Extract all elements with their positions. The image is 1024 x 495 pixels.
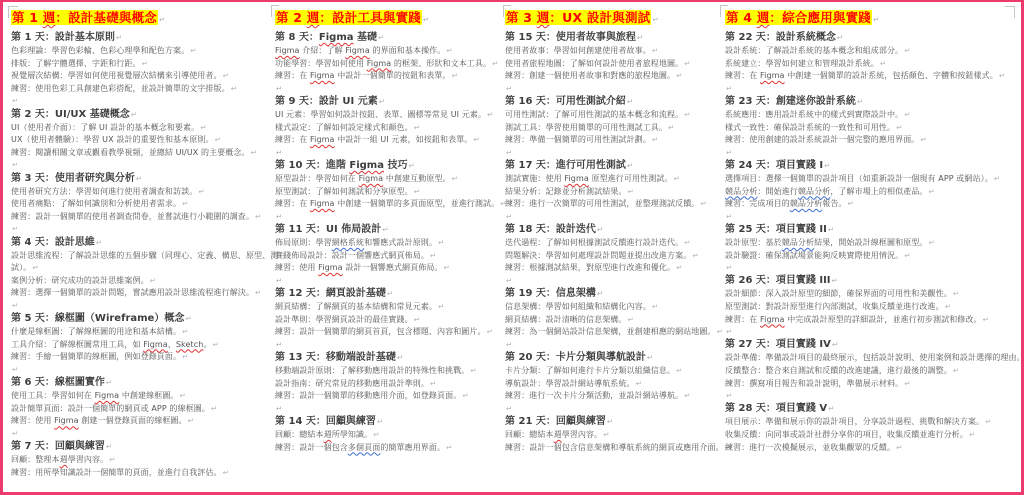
curriculum-line: 練習：在 Figma 中完成設計原型的詳細設計，並進行初步測試和修改。↵ [725,314,1021,327]
day-title: 第 8 天：Figma 基礎↵ [275,31,497,45]
paragraph-mark-icon: ↵ [873,15,879,24]
day-block: 第 20 天：卡片分類與導航設計↵卡片分類：了解如何進行卡片分類以組織信息。↵導… [505,351,717,403]
curriculum-line: 結果分析：記錄並分析測試結果。↵ [505,186,717,199]
curriculum-line: 練習：閱讀相關文章或觀看教學視頻，並總結 UI/UX 的主要概念。↵ [11,147,265,160]
paragraph-mark-icon: ↵ [828,404,834,413]
curriculum-line: 系統應用：應用設計系統中的樣式到實際設計中。↵ [725,109,1021,122]
paragraph-mark-icon: ↵ [506,84,512,93]
curriculum-line: 網頁結構：設計清晰的信息架構。↵ [505,314,717,327]
paragraph-mark-icon: ↵ [994,174,1000,183]
curriculum-line: 樣式設定：了解如何設定樣式和顏色。↵ [275,122,497,135]
paragraph-mark-icon: ↵ [198,187,204,196]
paragraph-mark-icon: ↵ [438,302,444,311]
paragraph-mark-icon: ↵ [188,416,194,425]
curriculum-line: UI 元素：學習如何設計按鈕、表單、圖標等常見 UI 元素。↵ [275,109,497,122]
paragraph-mark-icon: ↵ [627,97,633,106]
paragraph-mark-icon: ↵ [182,327,188,336]
day-block: 第 23 天：創建迷你設計系統↵系統應用：應用設計系統中的樣式到實際設計中。↵樣… [725,95,1021,147]
day-title: 第 25 天：項目實踐 II↵ [725,223,1021,237]
curriculum-line: 原型測試：了解如何測試和分享原型。↵ [275,186,497,199]
day-block: 第 27 天：項目實踐 IV↵設計準備：準備設計項目的最終展示，包括設計說明、使… [725,338,1021,390]
paragraph-mark-icon: ↵ [636,379,642,388]
curriculum-line: 設計細節：深入設計原型的細節，確保界面的可用性和美觀性。↵ [725,288,1021,301]
paragraph-mark-icon: ↵ [837,33,843,42]
curriculum-line: 設計準則：學習網頁設計的最佳實踐。↵ [275,314,497,327]
curriculum-line: 工具介紹：了解線框圖常用工具，如 Figma、Sketch。↵ [11,339,265,352]
paragraph-mark-icon: ↵ [896,443,902,452]
paragraph-mark-icon: ↵ [276,212,282,221]
paragraph-mark-icon: ↵ [414,315,420,324]
empty-paragraph: ↵ [11,364,265,376]
curriculum-line: 練習：進行一次模擬展示，並收集觀眾的反饋。↵ [725,442,1021,455]
curriculum-line: 練習：創建一個使用者故事和對應的旅程地圖。↵ [505,70,717,83]
paragraph-mark-icon: ↵ [929,238,935,247]
paragraph-mark-icon: ↵ [470,366,476,375]
day-title: 第 27 天：項目實踐 IV↵ [725,338,1021,352]
paragraph-mark-icon: ↵ [200,123,206,132]
curriculum-line: 設計思維流程：了解設計思維的五個步驟（同理心、定義、構思、原型、測↵ [11,250,265,263]
paragraph-mark-icon: ↵ [920,135,926,144]
curriculum-line: 練習：使用 Figma 設計一個響應式網頁佈局。↵ [275,262,497,275]
paragraph-mark-icon: ↵ [983,315,989,324]
paragraph-mark-icon: ↵ [182,352,188,361]
curriculum-line: 回顧：整理本週學習內容。↵ [11,454,265,467]
empty-paragraph: ↵ [725,390,1021,402]
curriculum-line: 練習：手繪一個簡單的線框圖，例如登錄頁面。↵ [11,351,265,364]
curriculum-line: 設計系統：了解設計系統的基本概念和組成部分。↵ [725,45,1021,58]
curriculum-line: 練習：選擇一個簡單的設計問題，嘗試應用設計思維流程進行解決。↵ [11,287,265,300]
curriculum-line: UX（使用者體驗）：學習 UX 設計的重要性和基本原則。↵ [11,134,265,147]
empty-paragraph: ↵ [505,275,717,287]
paragraph-mark-icon: ↵ [904,379,910,388]
curriculum-line: 使用者痛點：了解如何識別和分析使用者需求。↵ [11,198,265,211]
paragraph-mark-icon: ↵ [414,123,420,132]
curriculum-line: 問題解決：學習如何處理設計問題並提出改進方案。↵ [505,250,717,263]
day-title: 第 18 天：設計迭代↵ [505,223,717,237]
curriculum-line: 迭代過程：了解如何根據測試反饋進行設計迭代。↵ [505,237,717,250]
paragraph-mark-icon: ↵ [180,391,186,400]
day-block: 第 22 天：設計系統概念↵設計系統：了解設計系統的基本概念和組成部分。↵系統建… [725,31,1021,83]
paragraph-mark-icon: ↵ [726,263,732,272]
paragraph-mark-icon: ↵ [506,212,512,221]
curriculum-line: 設計原型：基於競品分析結果，開始設計線框圖和原型。↵ [725,237,1021,250]
paragraph-mark-icon: ↵ [276,84,282,93]
day-block: 第 4 天：設計思維↵設計思維流程：了解設計思維的五個步驟（同理心、定義、構思、… [11,236,265,300]
column-boundary-mark [720,5,728,17]
paragraph-mark-icon: ↵ [397,353,403,362]
paragraph-mark-icon: ↵ [607,417,613,426]
paragraph-mark-icon: ↵ [12,224,18,233]
paragraph-mark-icon: ↵ [215,135,221,144]
paragraph-mark-icon: ↵ [832,276,838,285]
curriculum-line: 實踐佈局設計：設計一個響應式網頁佈局。↵ [275,250,497,263]
paragraph-mark-icon: ↵ [597,225,603,234]
week-title: 第 2 週：設計工具與實踐 [275,10,422,25]
day-title: 第 11 天：UI 佈局設計↵ [275,223,497,237]
curriculum-line: 設計驗證：確保測試場景能夠反映實際使用情況。↵ [725,250,1021,263]
day-title: 第 20 天：卡片分類與導航設計↵ [505,351,717,365]
day-title: 第 15 天：使用者故事與旅程↵ [505,31,717,45]
curriculum-line: 導航設計：學習設計網站導航系統。↵ [505,378,717,391]
week-column: 第 4 週：綜合應用與實踐↵第 22 天：設計系統概念↵設計系統：了解設計系統的… [725,7,1021,479]
paragraph-mark-icon: ↵ [430,379,436,388]
paragraph-mark-icon: ↵ [150,276,156,285]
curriculum-line: 練習：設計一個簡單的使用者調查問卷，並嘗試進行小範圍的調查。↵ [11,211,265,224]
curriculum-line: 練習：設計一個簡單的網頁首頁，包含標題、內容和圖片。↵ [275,326,497,339]
curriculum-line: 原型設計：學習如何在 Figma 中創建互動原型。↵ [275,173,497,186]
curriculum-line: 練習：在 Figma 中設計一組 UI 元素，如按鈕和表單。↵ [275,134,497,147]
curriculum-line: 練習：使用色彩工具創建色彩搭配，並設計簡單的文字排版。↵ [11,83,265,96]
text-boundary-mark [8,6,18,18]
paragraph-mark-icon: ↵ [382,225,388,234]
curriculum-line: 練習：根據測試結果，對原型進行改進和優化。↵ [505,262,717,275]
curriculum-line: 設計準備：準備設計項目的最終展示，包括設計說明、使用案例和設計選擇的理由。↵ [725,352,1021,365]
paragraph-mark-icon: ↵ [473,135,479,144]
paragraph-mark-icon: ↵ [857,97,863,106]
paragraph-mark-icon: ↵ [824,161,830,170]
curriculum-line: 練習：設計一個包含信息架構和導航系統的網頁或應用介面。↵ [505,442,717,455]
text-boundary-mark [1005,6,1015,18]
paragraph-mark-icon: ↵ [506,276,512,285]
day-block: 第 15 天：使用者故事與旅程↵使用者故事：學習如何創建使用者故事。↵使用者旅程… [505,31,717,83]
day-block: 第 24 天：項目實踐 I↵選擇項目：選擇一個簡單的設計項目（如重新設計一個現有… [725,159,1021,211]
paragraph-mark-icon: ↵ [12,96,18,105]
curriculum-line: UI（使用者介面）：了解 UI 設計的基本概念和要素。↵ [11,122,265,135]
curriculum-line: 原型測試：對設計原型進行內部測試，收集反饋並進行改進。↵ [725,301,1021,314]
paragraph-mark-icon: ↵ [717,327,723,336]
day-block: 第 14 天：回顧與練習↵回顧：總結本週所學知識。↵練習：設計一個包含多個頁面的… [275,415,497,454]
paragraph-mark-icon: ↵ [726,327,732,336]
paragraph-mark-icon: ↵ [131,110,137,119]
paragraph-mark-icon: ↵ [832,340,838,349]
curriculum-line: 測試工具：學習使用簡單的可用性測試工具。↵ [505,122,717,135]
day-block: 第 26 天：項目實踐 III↵設計細節：深入設計原型的細節，確保界面的可用性和… [725,274,1021,326]
day-block: 第 7 天：回顧與練習↵回顧：整理本週學習內容。↵練習：用所學知識設計一個簡單的… [11,440,265,479]
day-block: 第 19 天：信息架構↵信息架構：學習如何組織和結構化內容。↵網頁結構：設計清晰… [505,287,717,339]
curriculum-line: 使用者研究方法：學習如何進行使用者調查和訪談。↵ [11,186,265,199]
empty-paragraph: ↵ [11,159,265,171]
paragraph-mark-icon: ↵ [726,391,732,400]
paragraph-mark-icon: ↵ [603,430,609,439]
paragraph-mark-icon: ↵ [676,71,682,80]
day-block: 第 5 天：線框圖（Wireframe）概念↵什麼是線框圖：了解線框圖的用途和基… [11,312,265,364]
paragraph-mark-icon: ↵ [255,288,261,297]
week-header: 第 4 週：綜合應用與實踐↵ [725,7,1021,29]
empty-paragraph: ↵ [275,339,497,351]
paragraph-mark-icon: ↵ [896,123,902,132]
day-title: 第 19 天：信息架構↵ [505,287,717,301]
empty-paragraph: ↵ [275,275,497,287]
curriculum-line: 收集反饋：向同事或設計社群分享你的項目，收集反饋並進行分析。↵ [725,429,1021,442]
paragraph-mark-icon: ↵ [700,199,706,208]
paragraph-mark-icon: ↵ [387,289,393,298]
curriculum-line: 練習：為一個網站設計信息架構，並創建相應的網站地圖。↵ [505,326,717,339]
paragraph-mark-icon: ↵ [182,199,188,208]
curriculum-line: 使用者故事：學習如何創建使用者故事。↵ [505,45,717,58]
paragraph-mark-icon: ↵ [276,148,282,157]
paragraph-mark-icon: ↵ [423,15,429,24]
paragraph-mark-icon: ↵ [185,314,191,323]
paragraph-mark-icon: ↵ [373,430,379,439]
paragraph-mark-icon: ↵ [880,59,886,68]
day-block: 第 1 天：設計基本原則↵色彩理論：學習色彩輪、色彩心理學和配色方案。↵排版：了… [11,31,265,95]
paragraph-mark-icon: ↵ [255,212,261,221]
paragraph-mark-icon: ↵ [726,84,732,93]
paragraph-mark-icon: ↵ [414,187,420,196]
day-block: 第 9 天：設計 UI 元素↵UI 元素：學習如何設計按鈕、表單、圖標等常見 U… [275,95,497,147]
column-boundary-mark [503,5,511,17]
paragraph-mark-icon: ↵ [276,340,282,349]
paragraph-mark-icon: ↵ [190,46,196,55]
curriculum-line: 排版：了解字體選擇、字距和行距。↵ [11,58,265,71]
empty-paragraph: ↵ [725,147,1021,159]
curriculum-line: 佈局原則：學習網格系統和響應式設計原則。↵ [275,237,497,250]
paragraph-mark-icon: ↵ [223,468,229,477]
paragraph-mark-icon: ↵ [452,71,458,80]
paragraph-mark-icon: ↵ [136,174,142,183]
paragraph-mark-icon: ↵ [828,225,834,234]
paragraph-mark-icon: ↵ [438,238,444,247]
paragraph-mark-icon: ↵ [652,46,658,55]
paragraph-mark-icon: ↵ [379,97,385,106]
paragraph-mark-icon: ↵ [446,46,452,55]
paragraph-mark-icon: ↵ [647,353,653,362]
empty-paragraph: ↵ [505,211,717,223]
day-block: 第 12 天：網頁設計基礎↵網頁結構：了解網頁的基本結構和常見元素。↵設計準則：… [275,287,497,339]
day-block: 第 17 天：進行可用性測試↵測試實施：使用 Figma 原型進行可用性測試。↵… [505,159,717,211]
paragraph-mark-icon: ↵ [12,365,18,374]
paragraph-mark-icon: ↵ [487,110,493,119]
curriculum-line: 什麼是線框圖：了解線框圖的用途和基本結構。↵ [11,326,265,339]
empty-paragraph: ↵ [505,339,717,351]
curriculum-line: 測試實施：使用 Figma 原型進行可用性測試。↵ [505,173,717,186]
curriculum-line: 卡片分類：了解如何進行卡片分類以組織信息。↵ [505,365,717,378]
day-block: 第 8 天：Figma 基礎↵Figma 介紹：了解 Figma 的界面和基本操… [275,31,497,83]
paragraph-mark-icon: ↵ [32,263,38,272]
paragraph-mark-icon: ↵ [211,404,217,413]
curriculum-line: 可用性測試：了解可用性測試的基本概念和流程。↵ [505,109,717,122]
paragraph-mark-icon: ↵ [430,251,436,260]
paragraph-mark-icon: ↵ [276,404,282,413]
curriculum-line: 練習：設計一個包含多個頁面的簡單應用界面。↵ [275,442,497,455]
week-header: 第 3 週：UX 設計與測試↵ [505,7,717,29]
day-title: 第 14 天：回顧與練習↵ [275,415,497,429]
day-block: 第 3 天：使用者研究與分析↵使用者研究方法：學習如何進行使用者調查和訪談。↵使… [11,172,265,224]
paragraph-mark-icon: ↵ [12,429,18,438]
paragraph-mark-icon: ↵ [142,59,148,68]
paragraph-mark-icon: ↵ [506,404,512,413]
empty-paragraph: ↵ [505,147,717,159]
paragraph-mark-icon: ↵ [251,148,257,157]
paragraph-mark-icon: ↵ [213,340,219,349]
paragraph-mark-icon: ↵ [652,15,658,24]
day-title: 第 4 天：設計思維↵ [11,236,265,250]
day-title: 第 10 天：進階 Figma 技巧↵ [275,159,497,173]
day-block: 第 18 天：設計迭代↵迭代過程：了解如何根據測試反饋進行設計迭代。↵問題解決：… [505,223,717,275]
day-block: 第 2 天：UI/UX 基礎概念↵UI（使用者介面）：了解 UI 設計的基本概念… [11,108,265,160]
day-title: 第 16 天：可用性測試介紹↵ [505,95,717,109]
paragraph-mark-icon: ↵ [628,187,634,196]
paragraph-mark-icon: ↵ [116,33,122,42]
curriculum-line: 功能學習：學習如何使用 Figma 的框架、形狀和文本工具。↵ [275,58,497,71]
paragraph-mark-icon: ↵ [652,135,658,144]
curriculum-line: 練習：完成項目的競品分析報告。↵ [725,198,1021,211]
day-block: 第 6 天：線框圖實作↵使用工具：學習如何在 Figma 中創建線框圖。↵設計簡… [11,376,265,428]
column-boundary-mark [271,5,279,17]
paragraph-mark-icon: ↵ [627,161,633,170]
day-title: 第 17 天：進行可用性測試↵ [505,159,717,173]
paragraph-mark-icon: ↵ [676,263,682,272]
paragraph-mark-icon: ↵ [652,302,658,311]
paragraph-mark-icon: ↵ [492,59,498,68]
paragraph-mark-icon: ↵ [12,160,18,169]
day-title: 第 13 天：移動端設計基礎↵ [275,351,497,365]
week-column: 第 3 週：UX 設計與測試↵第 15 天：使用者故事與旅程↵使用者故事：學習如… [505,7,717,479]
empty-paragraph: ↵ [275,211,497,223]
curriculum-line: 設計簡單頁面：設計一個簡單的網頁或 APP 的線框圖。↵ [11,403,265,416]
paragraph-mark-icon: ↵ [684,59,690,68]
curriculum-line: 項目展示：準備和展示你的設計項目，分享設計過程、挑戰和解決方案。↵ [725,416,1021,429]
day-block: 第 28 天：項目實踐 V↵項目展示：準備和展示你的設計項目，分享設計過程、挑戰… [725,402,1021,454]
empty-paragraph: ↵ [725,83,1021,95]
paragraph-mark-icon: ↵ [377,417,383,426]
curriculum-line: 練習：進行一次卡片分類活動，並設計網站導航。↵ [505,390,717,403]
curriculum-line: 競品分析：開始進行競品分析，了解市場上的相似產品。↵ [725,186,1021,199]
curriculum-line: 練習：在 Figma 中設計一個簡單的按鈕和表單。↵ [275,70,497,83]
curriculum-line: 信息架構：學習如何組織和結構化內容。↵ [505,301,717,314]
day-title: 第 24 天：項目實踐 I↵ [725,159,1021,173]
day-title: 第 9 天：設計 UI 元素↵ [275,95,497,109]
curriculum-line: 系統建立：學習如何建立和管理設計系統。↵ [725,58,1021,71]
week-column: 第 1 週：設計基礎與概念↵第 1 天：設計基本原則↵色彩理論：學習色彩輪、色彩… [11,7,265,479]
day-block: 第 21 天：回顧與練習↵回顧：總結本週學習內容。↵練習：設計一個包含信息架構和… [505,415,717,454]
curriculum-line: 視覺層次結構：學習如何使用視覺層次結構來引導使用者。↵ [11,70,265,83]
week-title: 第 1 週：設計基礎與概念 [11,10,158,25]
empty-paragraph: ↵ [725,211,1021,223]
day-block: 第 16 天：可用性測試介紹↵可用性測試：了解可用性測試的基本概念和流程。↵測試… [505,95,717,147]
paragraph-mark-icon: ↵ [597,289,603,298]
paragraph-mark-icon: ↵ [223,71,229,80]
paragraph-mark-icon: ↵ [444,263,450,272]
paragraph-mark-icon: ↵ [109,455,115,464]
paragraph-mark-icon: ↵ [676,366,682,375]
paragraph-mark-icon: ↵ [12,301,18,310]
curriculum-line: 反饋整合：整合來自測試和反饋的改進建議，進行最後的調整。↵ [725,365,1021,378]
curriculum-line: 練習：設計一個簡單的移動應用介面，如登錄頁面。↵ [275,390,497,403]
paragraph-mark-icon: ↵ [674,174,680,183]
paragraph-mark-icon: ↵ [945,302,951,311]
curriculum-line: 回顧：總結本週學習內容。↵ [505,429,717,442]
paragraph-mark-icon: ↵ [953,289,959,298]
curriculum-line: 使用者旅程地圖：了解如何設計使用者旅程地圖。↵ [505,58,717,71]
empty-paragraph: ↵ [725,326,1021,338]
paragraph-mark-icon: ↵ [231,84,237,93]
curriculum-line: 網頁結構：了解網頁的基本結構和常見元素。↵ [275,301,497,314]
paragraph-mark-icon: ↵ [692,251,698,260]
paragraph-mark-icon: ↵ [106,378,112,387]
day-block: 第 10 天：進階 Figma 技巧↵原型設計：學習如何在 Figma 中創建互… [275,159,497,211]
day-title: 第 2 天：UI/UX 基礎概念↵ [11,108,265,122]
day-title: 第 28 天：項目實踐 V↵ [725,402,1021,416]
curriculum-line: 選擇項目：選擇一個簡單的設計項目（如重新設計一個現有 APP 或網站）。↵ [725,173,1021,186]
paragraph-mark-icon: ↵ [726,148,732,157]
paragraph-mark-icon: ↵ [904,251,910,260]
paragraph-mark-icon: ↵ [668,123,674,132]
curriculum-line: 案例分析：研究成功的設計思維案例。↵ [11,275,265,288]
curriculum-line: 色彩理論：學習色彩輪、色彩心理學和配色方案。↵ [11,45,265,58]
day-title: 第 21 天：回顧與練習↵ [505,415,717,429]
paragraph-mark-icon: ↵ [904,46,910,55]
empty-paragraph: ↵ [505,403,717,415]
paragraph-mark-icon: ↵ [446,443,452,452]
curriculum-line: 練習：撰寫項目報告和設計說明，準備展示材料。↵ [725,378,1021,391]
paragraph-mark-icon: ↵ [159,15,165,24]
paragraph-mark-icon: ↵ [637,33,643,42]
paragraph-mark-icon: ↵ [929,187,935,196]
day-title: 第 6 天：線框圖實作↵ [11,376,265,390]
week-title: 第 4 週：綜合應用與實踐 [725,10,872,25]
curriculum-line: 移動端設計原則：了解移動應用設計的特殊性和挑戰。↵ [275,365,497,378]
curriculum-line: 練習：在 Figma 中創建一個簡單的多頁面原型，並進行測試。↵ [275,198,497,211]
curriculum-line: 回顧：總結本週所學知識。↵ [275,429,497,442]
day-block: 第 11 天：UI 佈局設計↵佈局原則：學習網格系統和響應式設計原則。↵實踐佈局… [275,223,497,275]
paragraph-mark-icon: ↵ [462,391,468,400]
paragraph-mark-icon: ↵ [684,391,690,400]
paragraph-mark-icon: ↵ [684,238,690,247]
curriculum-line: 使用工具：學習如何在 Figma 中創建線框圖。↵ [11,390,265,403]
week-title: 第 3 週：UX 設計與測試 [505,10,651,25]
curriculum-line: 練習：在 Figma 中創建一個簡單的設計系統，包括顏色、字體和按鈕樣式。↵ [725,70,1021,83]
curriculum-line: 練習：使用創建的設計系統設計一個完整的應用界面。↵ [725,134,1021,147]
paragraph-mark-icon: ↵ [96,238,102,247]
curriculum-line: 練習：準備一個簡單的可用性測試計劃。↵ [505,134,717,147]
day-title: 第 22 天：設計系統概念↵ [725,31,1021,45]
day-block: 第 25 天：項目實踐 II↵設計原型：基於競品分析結果，開始設計線框圖和原型。… [725,223,1021,262]
empty-paragraph: ↵ [11,95,265,107]
paragraph-mark-icon: ↵ [953,366,959,375]
empty-paragraph: ↵ [275,83,497,95]
paragraph-mark-icon: ↵ [487,327,493,336]
curriculum-line: Figma 介紹：了解 Figma 的界面和基本操作。↵ [275,45,497,58]
curriculum-line: 試）。↵ [11,262,265,275]
day-title: 第 23 天：創建迷你設計系統↵ [725,95,1021,109]
paragraph-mark-icon: ↵ [452,174,458,183]
document-page[interactable]: 第 1 週：設計基礎與概念↵第 1 天：設計基本原則↵色彩理論：學習色彩輪、色彩… [0,0,1024,495]
paragraph-mark-icon: ↵ [848,199,854,208]
week-header: 第 2 週：設計工具與實踐↵ [275,7,497,29]
paragraph-mark-icon: ↵ [378,33,384,42]
week-column: 第 2 週：設計工具與實踐↵第 8 天：Figma 基礎↵Figma 介紹：了解… [275,7,497,479]
paragraph-mark-icon: ↵ [969,430,975,439]
paragraph-mark-icon: ↵ [408,161,414,170]
day-title: 第 5 天：線框圖（Wireframe）概念↵ [11,312,265,326]
empty-paragraph: ↵ [11,223,265,235]
empty-paragraph: ↵ [11,300,265,312]
paragraph-mark-icon: ↵ [904,110,910,119]
day-title: 第 12 天：網頁設計基礎↵ [275,287,497,301]
curriculum-columns: 第 1 週：設計基礎與概念↵第 1 天：設計基本原則↵色彩理論：學習色彩輪、色彩… [3,2,1021,479]
curriculum-line: 練習：使用 Figma 創建一個登錄頁面的線框圖。↵ [11,415,265,428]
paragraph-mark-icon: ↵ [628,315,634,324]
paragraph-mark-icon: ↵ [684,110,690,119]
empty-paragraph: ↵ [275,403,497,415]
curriculum-line: 設計指南：研究常見的移動應用設計準則。↵ [275,378,497,391]
curriculum-line: 練習：進行一次簡單的可用性測試，並整理測試反饋。↵ [505,198,717,211]
empty-paragraph: ↵ [275,147,497,159]
paragraph-mark-icon: ↵ [506,148,512,157]
curriculum-line: 樣式一致性：確保設計系統的一致性和可用性。↵ [725,122,1021,135]
day-title: 第 26 天：項目實踐 III↵ [725,274,1021,288]
